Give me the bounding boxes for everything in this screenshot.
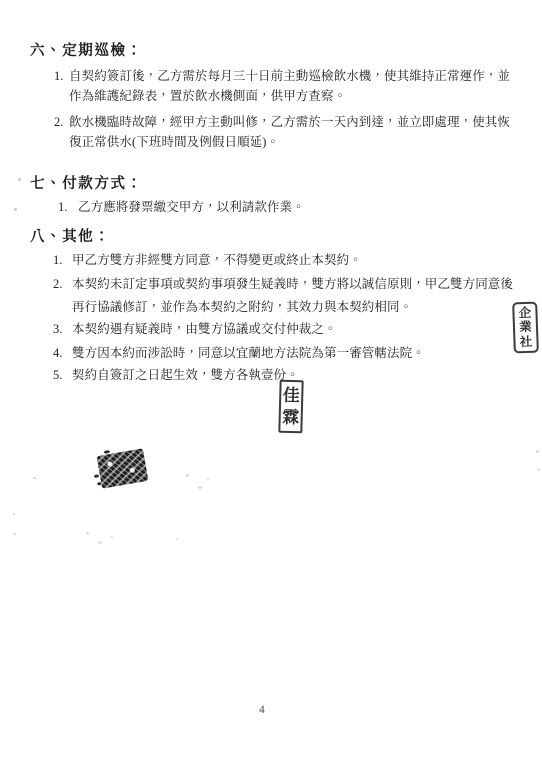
scan-speck (186, 474, 189, 477)
section-8-item-5-line-1: 契約自簽訂之日起生效，雙方各執壹份。 (72, 368, 299, 383)
section-6-item-1-line-2: 作為維護紀錄表，置於飲水機側面，供甲方查察。 (69, 89, 346, 104)
scan-speck (86, 532, 89, 535)
ink-fragment (94, 474, 99, 478)
section-8-item-2-number: 2. (53, 277, 62, 292)
section-8-heading: 八、其他： (30, 229, 111, 246)
company-seal: 企 業 社 (512, 302, 539, 354)
section-6-item-2-line-2: 復正常供水(下班時間及例假日順延)。 (69, 135, 279, 150)
section-8-item-2-line-2: 再行協議修訂，並作為本契約之附約，其效力與本契約相同。 (72, 300, 412, 315)
page-number: 4 (259, 704, 265, 716)
section-6-item-1-number: 1. (54, 69, 63, 84)
scan-speck (14, 208, 17, 211)
scan-speck (536, 450, 539, 453)
name-seal: 佳 霖 (278, 380, 303, 434)
dark-ink-stamp (96, 448, 148, 489)
scan-speck (537, 468, 540, 471)
name-seal-char-2: 霖 (282, 409, 299, 426)
scan-speck (13, 513, 15, 515)
section-8-item-4-line-1: 雙方因本約而涉訟時，同意以宜蘭地方法院為第一審管轄法院。 (72, 346, 425, 361)
name-seal-char-1: 佳 (283, 387, 300, 404)
section-6-item-2-number: 2. (54, 115, 63, 130)
scan-speck (207, 478, 209, 480)
scan-speck (176, 538, 178, 540)
section-8-item-5-number: 5. (53, 368, 62, 383)
scan-speck (13, 533, 16, 535)
section-6-item-1-line-1: 自契約簽訂後，乙方需於每月三十日前主動巡檢飲水機，使其維持正常運作，並 (69, 69, 510, 84)
section-7-item-1-line-1: 乙方應將發票繳交甲方，以利請款作業。 (78, 200, 305, 215)
scan-speck (98, 541, 102, 544)
scanned-contract-page: 六、定期巡檢： 1. 自契約簽訂後，乙方需於每月三十日前主動巡檢飲水機，使其維持… (0, 0, 542, 768)
section-8-item-2-line-1: 本契約未訂定事項或契約事項發生疑義時，雙方將以誠信原則，甲乙雙方同意後 (72, 277, 513, 292)
section-6-item-2-line-1: 飲水機臨時故障，經甲方主動叫修，乙方需於一天內到達，並立即處理，使其恢 (69, 115, 510, 130)
ink-fragment (97, 482, 101, 486)
section-8-item-3-number: 3. (53, 322, 62, 337)
section-7-item-1-number: 1. (58, 200, 67, 215)
ink-fragment (104, 450, 110, 454)
company-seal-char-2: 業 (519, 321, 532, 334)
section-8-item-1-line-1: 甲乙方雙方非經雙方同意，不得變更或終止本契約。 (72, 253, 362, 268)
section-8-item-3-line-1: 本契約遇有疑義時，由雙方協議或交付仲裁之。 (72, 322, 337, 337)
scan-speck (18, 178, 21, 181)
company-seal-char-3: 社 (520, 335, 533, 348)
section-8-item-1-number: 1. (53, 253, 62, 268)
section-7-heading: 七、付款方式： (30, 176, 143, 193)
scan-speck (198, 486, 202, 489)
section-6-heading: 六、定期巡檢： (30, 43, 143, 60)
scan-speck (110, 536, 113, 538)
scan-speck (33, 477, 36, 479)
company-seal-char-1: 企 (519, 307, 532, 320)
section-8-item-4-number: 4. (53, 346, 62, 361)
